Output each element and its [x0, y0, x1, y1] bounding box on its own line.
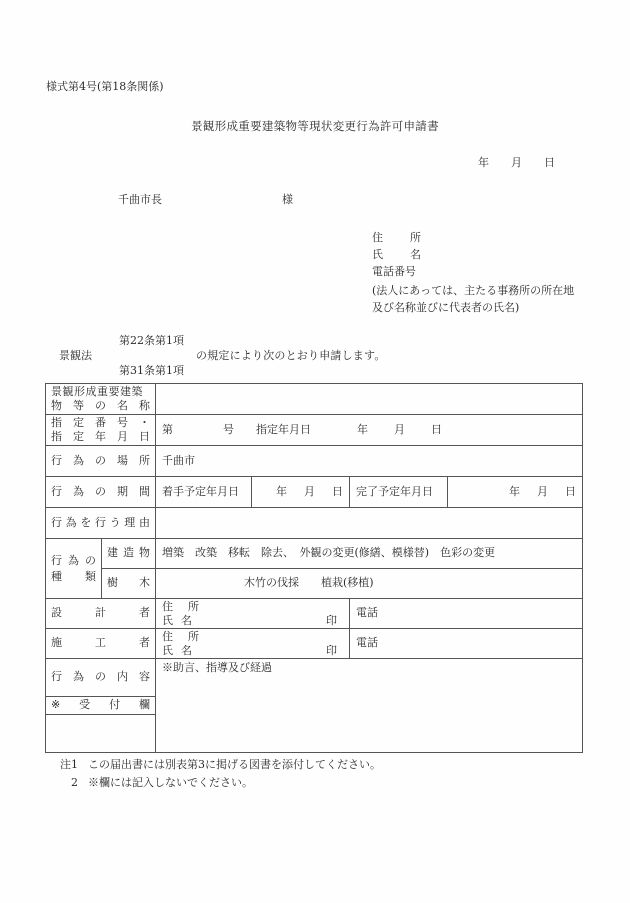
label-char: 場: [117, 454, 128, 468]
label-char: の: [95, 670, 106, 684]
row-contractor: 施 工 者 住 所 氏 名 印 電話: [46, 629, 583, 659]
label-char: 理: [124, 516, 135, 530]
start-month: 月: [304, 485, 315, 498]
label-char: 為: [73, 485, 84, 499]
applicant-name-row: 氏 名: [372, 248, 582, 265]
label-char: 指: [51, 430, 62, 444]
label-char: 計: [95, 606, 106, 620]
designer-label: 設 計 者: [46, 599, 156, 629]
designation-fields: 第 号 指定年月日 年 月 日: [162, 423, 578, 437]
label-char: 付: [109, 698, 120, 712]
label-char: 物: [51, 399, 62, 413]
advice-area[interactable]: ※助言、指導及び経過: [156, 659, 583, 753]
end-date-input[interactable]: 年 月 日: [448, 477, 583, 508]
label-char: 所: [188, 600, 199, 613]
reception-stamp-box: [46, 715, 156, 753]
label-char: 住: [162, 600, 173, 613]
form-number: 様式第4号(第18条関係): [46, 80, 164, 94]
label-char: 氏: [162, 644, 173, 658]
row-kind-tree: 樹 木 木竹の伐採 植栽(移植): [46, 569, 583, 599]
label-char: 行: [51, 670, 62, 684]
label-char: 樹: [107, 576, 118, 590]
label-line: 行 為 の 期 間: [51, 485, 150, 499]
applicant-phone-label: 電話番号: [372, 265, 582, 282]
honorific: 様: [282, 193, 293, 207]
label-char: 木: [139, 576, 150, 590]
label-char: の: [95, 454, 106, 468]
advice-label: ※助言、指導及び経過: [162, 661, 272, 674]
label-line: 行 為 を 行 う 理 由: [51, 516, 150, 530]
label-char: 行: [95, 516, 106, 530]
label-char: 名: [117, 399, 128, 413]
label-char: 名: [181, 644, 192, 658]
label-char: の: [95, 399, 106, 413]
label-char: 設: [51, 606, 62, 620]
end-day: 日: [565, 485, 576, 498]
note-key: 2: [60, 776, 88, 794]
label-char: 種: [51, 569, 62, 585]
note-text: ※欄には記入しないでください。: [88, 776, 253, 794]
label-char: の: [95, 485, 106, 499]
application-table: 景観形成重要建築 物 等 の 名 称 指 定 番 号 ・ 指 定 年: [45, 383, 583, 753]
designation-input[interactable]: 第 号 指定年月日 年 月 日: [156, 415, 583, 446]
article-31: 第31条第1項: [119, 364, 184, 378]
address-line: 住 所: [162, 630, 343, 644]
date-year-label: 年: [478, 156, 489, 170]
label-char: 名: [410, 248, 421, 265]
label-line: 行 為 の: [51, 553, 96, 569]
location-label: 行 為 の 場 所: [46, 446, 156, 477]
address-line: 住 所: [162, 600, 343, 614]
label-char: 行: [51, 454, 62, 468]
tree-kind-options[interactable]: 木竹の伐採 植栽(移植): [156, 569, 583, 599]
label-char: 住: [372, 231, 410, 248]
phone-label: 電話: [356, 606, 378, 619]
label-char: 類: [85, 569, 96, 585]
applicant-block: 住 所 氏 名 電話番号 (法人にあっては、主たる事務所の所在地及び名称並びに代…: [372, 231, 582, 316]
document-title: 景観形成重要建築物等現状変更行為許可申請書: [0, 119, 630, 134]
label-char: 造: [123, 546, 134, 560]
notes: 注1 この届出書には別表第3に掲げる図書を添付してください。 2 ※欄には記入し…: [60, 758, 381, 794]
row-location: 行 為 の 場 所 千曲市: [46, 446, 583, 477]
designation-no-prefix: 第: [162, 423, 173, 437]
label-line: 建 造 物: [107, 546, 150, 560]
label-char: 工: [95, 636, 106, 650]
label-char: 為: [73, 454, 84, 468]
label-char: 行: [51, 553, 62, 569]
label-char: の: [85, 553, 96, 569]
row-designation: 指 定 番 号 ・ 指 定 年 月 日 第 号 指定年月日 年: [46, 415, 583, 446]
contractor-label: 施 工 者: [46, 629, 156, 659]
location-input[interactable]: 千曲市: [156, 446, 583, 477]
designation-month: 月: [394, 423, 405, 437]
label-char: 物: [139, 546, 150, 560]
start-date-input[interactable]: 年 月 日: [252, 477, 350, 508]
designation-no-suffix: 号: [223, 423, 234, 437]
label-char: 行: [51, 516, 62, 530]
reason-input[interactable]: [156, 508, 583, 539]
kind-label: 行 為 の 種 類: [46, 539, 102, 599]
corporate-note: (法人にあっては、主たる事務所の所在地及び名称並びに代表者の氏名): [372, 282, 582, 316]
label-char: 名: [181, 614, 192, 628]
label-char: 氏: [162, 614, 173, 628]
content-label: 行 為 の 内 容: [46, 659, 156, 697]
label-char: 期: [117, 485, 128, 499]
reception-label: ※ 受 付 欄: [46, 697, 156, 715]
label-char: 月: [117, 430, 128, 444]
label-char: 者: [139, 606, 150, 620]
label-line: 景観形成重要建築: [51, 385, 150, 399]
row-reason: 行 為 を 行 う 理 由: [46, 508, 583, 539]
row-designer: 設 計 者 住 所 氏 名 印 電話: [46, 599, 583, 629]
label-line: ※ 受 付 欄: [51, 698, 150, 712]
start-date-label: 着手予定年月日: [156, 477, 252, 508]
seal-mark: 印: [326, 614, 337, 628]
label-char: 建: [107, 546, 118, 560]
end-year: 年: [509, 485, 520, 498]
label-char: 等: [73, 399, 84, 413]
row-kind-building: 行 為 の 種 類 建 造 物 増築 改築 移転 除去、 外観の変更(修繕、模様…: [46, 539, 583, 569]
designer-phone-input[interactable]: 電話: [350, 599, 583, 629]
label-char: 所: [188, 630, 199, 643]
label-char: 称: [139, 399, 150, 413]
name-line: 氏 名 印: [162, 644, 343, 658]
note-item: 2 ※欄には記入しないでください。: [60, 776, 381, 794]
label-char: 欄: [139, 698, 150, 712]
note-text: この届出書には別表第3に掲げる図書を添付してください。: [88, 758, 381, 776]
label-char: 為: [68, 553, 79, 569]
label-line: 指 定 年 月 日: [51, 430, 150, 444]
tree-kind-label: 樹 木: [102, 569, 156, 599]
application-date: 年 月 日: [478, 156, 555, 170]
label-char: 由: [139, 516, 150, 530]
designer-address-name-input[interactable]: 住 所 氏 名 印: [156, 599, 350, 629]
row-building-name: 景観形成重要建築 物 等 の 名 称: [46, 384, 583, 415]
label-char: 住: [162, 630, 173, 643]
label-char: 容: [139, 670, 150, 684]
label-line: 行 為 の 内 容: [51, 670, 150, 684]
label-char: 受: [79, 698, 90, 712]
building-name-label: 景観形成重要建築 物 等 の 名 称: [46, 384, 156, 415]
label-char: ※: [51, 698, 60, 712]
label-line: 樹 木: [107, 576, 150, 590]
label-line: 物 等 の 名 称: [51, 399, 150, 413]
label-char: 所: [410, 231, 421, 248]
label-char: 指: [51, 416, 62, 430]
label-char: 番: [95, 416, 106, 430]
label-line: 指 定 番 号 ・: [51, 416, 150, 430]
label-line: 種 類: [51, 569, 96, 585]
end-date-label: 完了予定年月日: [350, 477, 448, 508]
label-char: 年: [95, 430, 106, 444]
note-item: 注1 この届出書には別表第3に掲げる図書を添付してください。: [60, 758, 381, 776]
label-char: 所: [139, 454, 150, 468]
building-name-input[interactable]: [156, 384, 583, 415]
label-char: 定: [73, 430, 84, 444]
designation-label: 指 定 番 号 ・ 指 定 年 月 日: [46, 415, 156, 446]
label-char: 定: [73, 416, 84, 430]
label-line: 設 計 者: [51, 606, 150, 620]
label-char: 氏: [372, 248, 410, 265]
label-char: 内: [117, 670, 128, 684]
reason-label: 行 為 を 行 う 理 由: [46, 508, 156, 539]
start-year: 年: [276, 485, 287, 498]
row-period: 行 為 の 期 間 着手予定年月日 年 月 日 完了予定年月日 年 月 日: [46, 477, 583, 508]
label-char: 号: [117, 416, 128, 430]
designation-day: 日: [431, 423, 442, 437]
building-kind-label: 建 造 物: [102, 539, 156, 569]
label-char: 行: [51, 485, 62, 499]
period-label: 行 為 の 期 間: [46, 477, 156, 508]
label-char: 施: [51, 636, 62, 650]
building-kind-options[interactable]: 増築 改築 移転 除去、 外観の変更(修繕、模様替) 色彩の変更: [156, 539, 583, 569]
label-char: を: [80, 516, 91, 530]
date-day-label: 日: [544, 156, 555, 170]
label-char: う: [110, 516, 121, 530]
phone-label: 電話: [356, 636, 378, 649]
date-month-label: 月: [511, 156, 522, 170]
label-line: 施 工 者: [51, 636, 150, 650]
law-name: 景観法: [59, 349, 92, 363]
row-content: 行 為 の 内 容 ※助言、指導及び経過: [46, 659, 583, 697]
label-char: 日: [139, 430, 150, 444]
application-statement: の規定により次のとおり申請します。: [196, 349, 386, 363]
applicant-address-row: 住 所: [372, 231, 582, 248]
addressee: 千曲市長: [118, 193, 162, 207]
name-line: 氏 名 印: [162, 614, 343, 628]
label-line: 行 為 の 場 所: [51, 454, 150, 468]
designation-year: 年: [357, 423, 368, 437]
note-key: 注1: [60, 758, 88, 776]
start-day: 日: [332, 485, 343, 498]
article-22: 第22条第1項: [119, 334, 184, 348]
designation-date-label: 指定年月日: [256, 423, 311, 437]
label-char: 者: [139, 636, 150, 650]
end-month: 月: [537, 485, 548, 498]
label-char: 為: [66, 516, 77, 530]
contractor-phone-input[interactable]: 電話: [350, 629, 583, 659]
seal-mark: 印: [326, 644, 337, 658]
contractor-address-name-input[interactable]: 住 所 氏 名 印: [156, 629, 350, 659]
label-char: 間: [139, 485, 150, 499]
label-char: 為: [73, 670, 84, 684]
label-char: ・: [139, 416, 150, 430]
